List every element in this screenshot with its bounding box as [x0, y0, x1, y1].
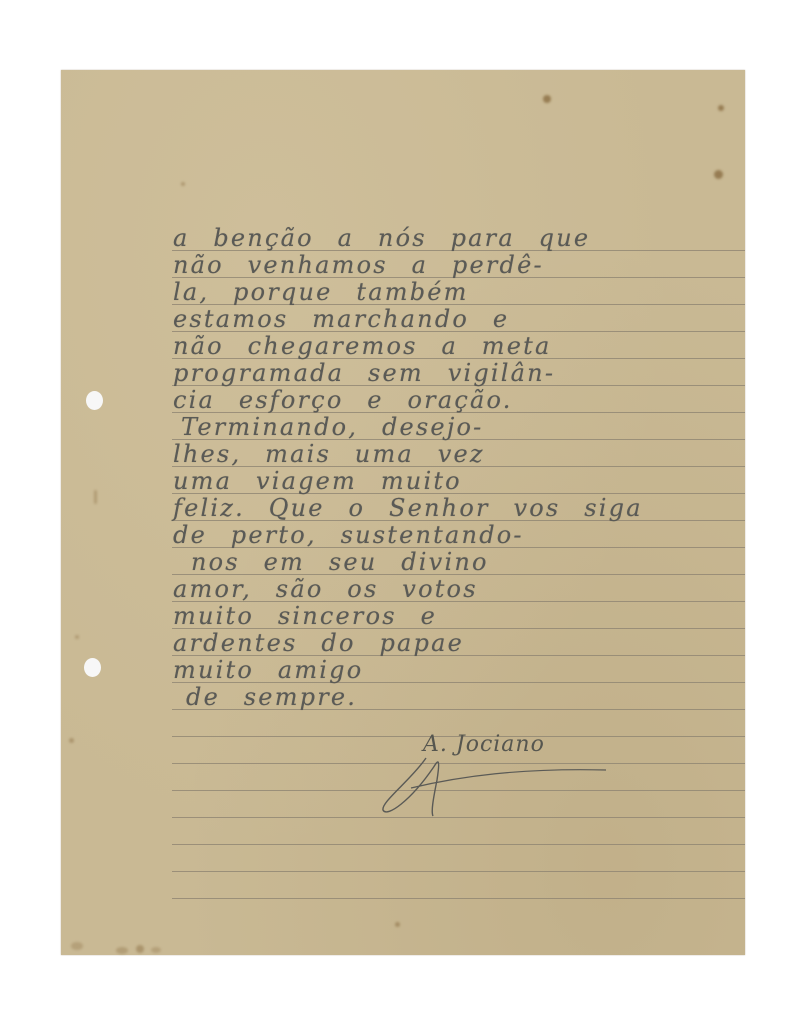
handwritten-line: a benção a nós para que — [173, 223, 743, 253]
handwritten-line: programada sem vigilân- — [173, 358, 743, 388]
handwritten-line: de sempre. — [186, 682, 756, 712]
age-spot — [718, 105, 724, 111]
punch-hole-top — [86, 391, 103, 410]
handwritten-line: ardentes do papae — [173, 628, 743, 658]
age-spot — [94, 490, 97, 504]
handwritten-line: não venhamos a perdê- — [173, 250, 743, 280]
age-spot — [395, 922, 400, 927]
age-spot — [116, 947, 128, 954]
handwritten-line: Terminando, desejo- — [181, 412, 751, 442]
handwritten-line: uma viagem muito — [173, 466, 743, 496]
age-spot — [75, 635, 79, 639]
handwritten-line: nos em seu divino — [191, 547, 761, 577]
ruled-line — [172, 871, 745, 872]
age-spot — [69, 738, 74, 743]
punch-hole-bottom — [84, 658, 101, 677]
handwritten-line: de perto, sustentando- — [173, 520, 743, 550]
handwritten-line: estamos marchando e — [173, 304, 743, 334]
letter-paper: a benção a nós para que não venhamos a p… — [61, 70, 745, 955]
age-spot — [151, 947, 161, 953]
ruled-line — [172, 844, 745, 845]
handwritten-line: lhes, mais uma vez — [173, 439, 743, 469]
signature: A. Jociano — [423, 732, 545, 757]
age-spot — [71, 942, 83, 950]
handwritten-line: amor, são os votos — [173, 574, 743, 604]
handwritten-line: muito amigo — [173, 655, 743, 685]
age-spot — [136, 945, 144, 953]
ruled-line — [172, 898, 745, 899]
handwritten-line: muito sinceros e — [173, 601, 743, 631]
age-spot — [543, 95, 551, 103]
handwritten-line: feliz. Que o Senhor vos siga — [173, 493, 743, 523]
handwritten-line: la, porque também — [173, 277, 743, 307]
handwritten-line: não chegaremos a meta — [173, 331, 743, 361]
handwritten-line: cia esforço e oração. — [173, 385, 743, 415]
age-spot — [714, 170, 723, 179]
age-spot — [181, 182, 185, 186]
